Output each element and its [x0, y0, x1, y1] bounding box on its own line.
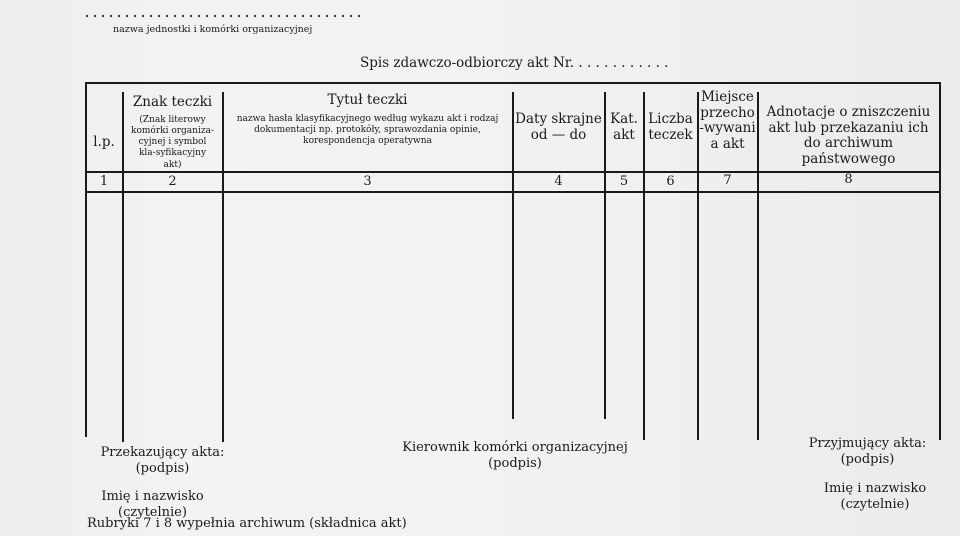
col-header-adnotacje: Adnotacje o zniszczeniu akt lub przekaza…	[758, 105, 939, 167]
footnote: Rubryki 7 i 8 wypełnia archiwum (składni…	[87, 516, 407, 531]
unit-name-caption: nazwa jednostki i komórki organizacyjnej	[113, 24, 312, 35]
manager-signature-block[interactable]: Kierownik komórki organizacyjnej (podpis…	[400, 440, 630, 471]
col-number: 1	[86, 175, 122, 190]
col-subtitle: nazwa hasła klasyfikacyjnego według wyka…	[223, 114, 512, 148]
receiving-name-block[interactable]: Imię i nazwisko (czytelnie)	[820, 481, 930, 512]
col-number: 3	[223, 175, 512, 190]
manager-label: Kierownik komórki organizacyjnej	[400, 440, 630, 456]
col-number: 5	[605, 175, 643, 190]
col-header-tytul-teczki: Tytuł teczki nazwa hasła klasyfikacyjneg…	[223, 93, 512, 147]
table-top-border	[85, 82, 940, 84]
receiving-signature-block[interactable]: Przyjmujący akta: (podpis)	[805, 436, 930, 467]
col-header-lp: l.p.	[86, 135, 122, 151]
receiving-label: Przyjmujący akta:	[805, 436, 930, 452]
col-number: 6	[644, 175, 697, 190]
table-body-entry-area[interactable]	[87, 194, 938, 424]
transferring-sign-hint: (podpis)	[100, 461, 225, 477]
transferring-label: Przekazujący akta:	[100, 445, 225, 461]
col-number: 8	[758, 173, 939, 188]
col-subtitle: (Znak literowy komórki organiza-cyjnej i…	[123, 115, 222, 171]
document-title: Spis zdawczo-odbiorczy akt Nr. . . . . .…	[360, 55, 668, 71]
col-header-znak-teczki: Znak teczki (Znak literowy komórki organ…	[123, 95, 222, 171]
col-title: Znak teczki	[123, 95, 222, 111]
col-number: 2	[123, 175, 222, 190]
col-number: 4	[513, 175, 604, 190]
receiving-sign-hint: (podpis)	[805, 452, 930, 468]
manager-sign-hint: (podpis)	[400, 456, 630, 472]
col-number: 7	[698, 174, 757, 189]
col-header-daty: Daty skrajne od — do	[513, 112, 604, 143]
column-divider	[939, 82, 941, 440]
col-title: Tytuł teczki	[223, 93, 512, 109]
transferring-signature-block[interactable]: Przekazujący akta: (podpis)	[100, 445, 225, 476]
receiving-name-label: Imię i nazwisko	[820, 481, 930, 497]
col-header-miejsce: Miejsce przecho-wywania akt	[698, 90, 757, 152]
transferring-name-label: Imię i nazwisko	[100, 489, 205, 505]
col-header-liczba-teczek: Liczba teczek	[644, 112, 697, 143]
receiving-name-hint: (czytelnie)	[820, 497, 930, 513]
unit-name-field[interactable]	[83, 14, 363, 18]
col-header-kat-akt: Kat. akt	[605, 112, 643, 143]
form-page: nazwa jednostki i komórki organizacyjnej…	[0, 0, 960, 536]
